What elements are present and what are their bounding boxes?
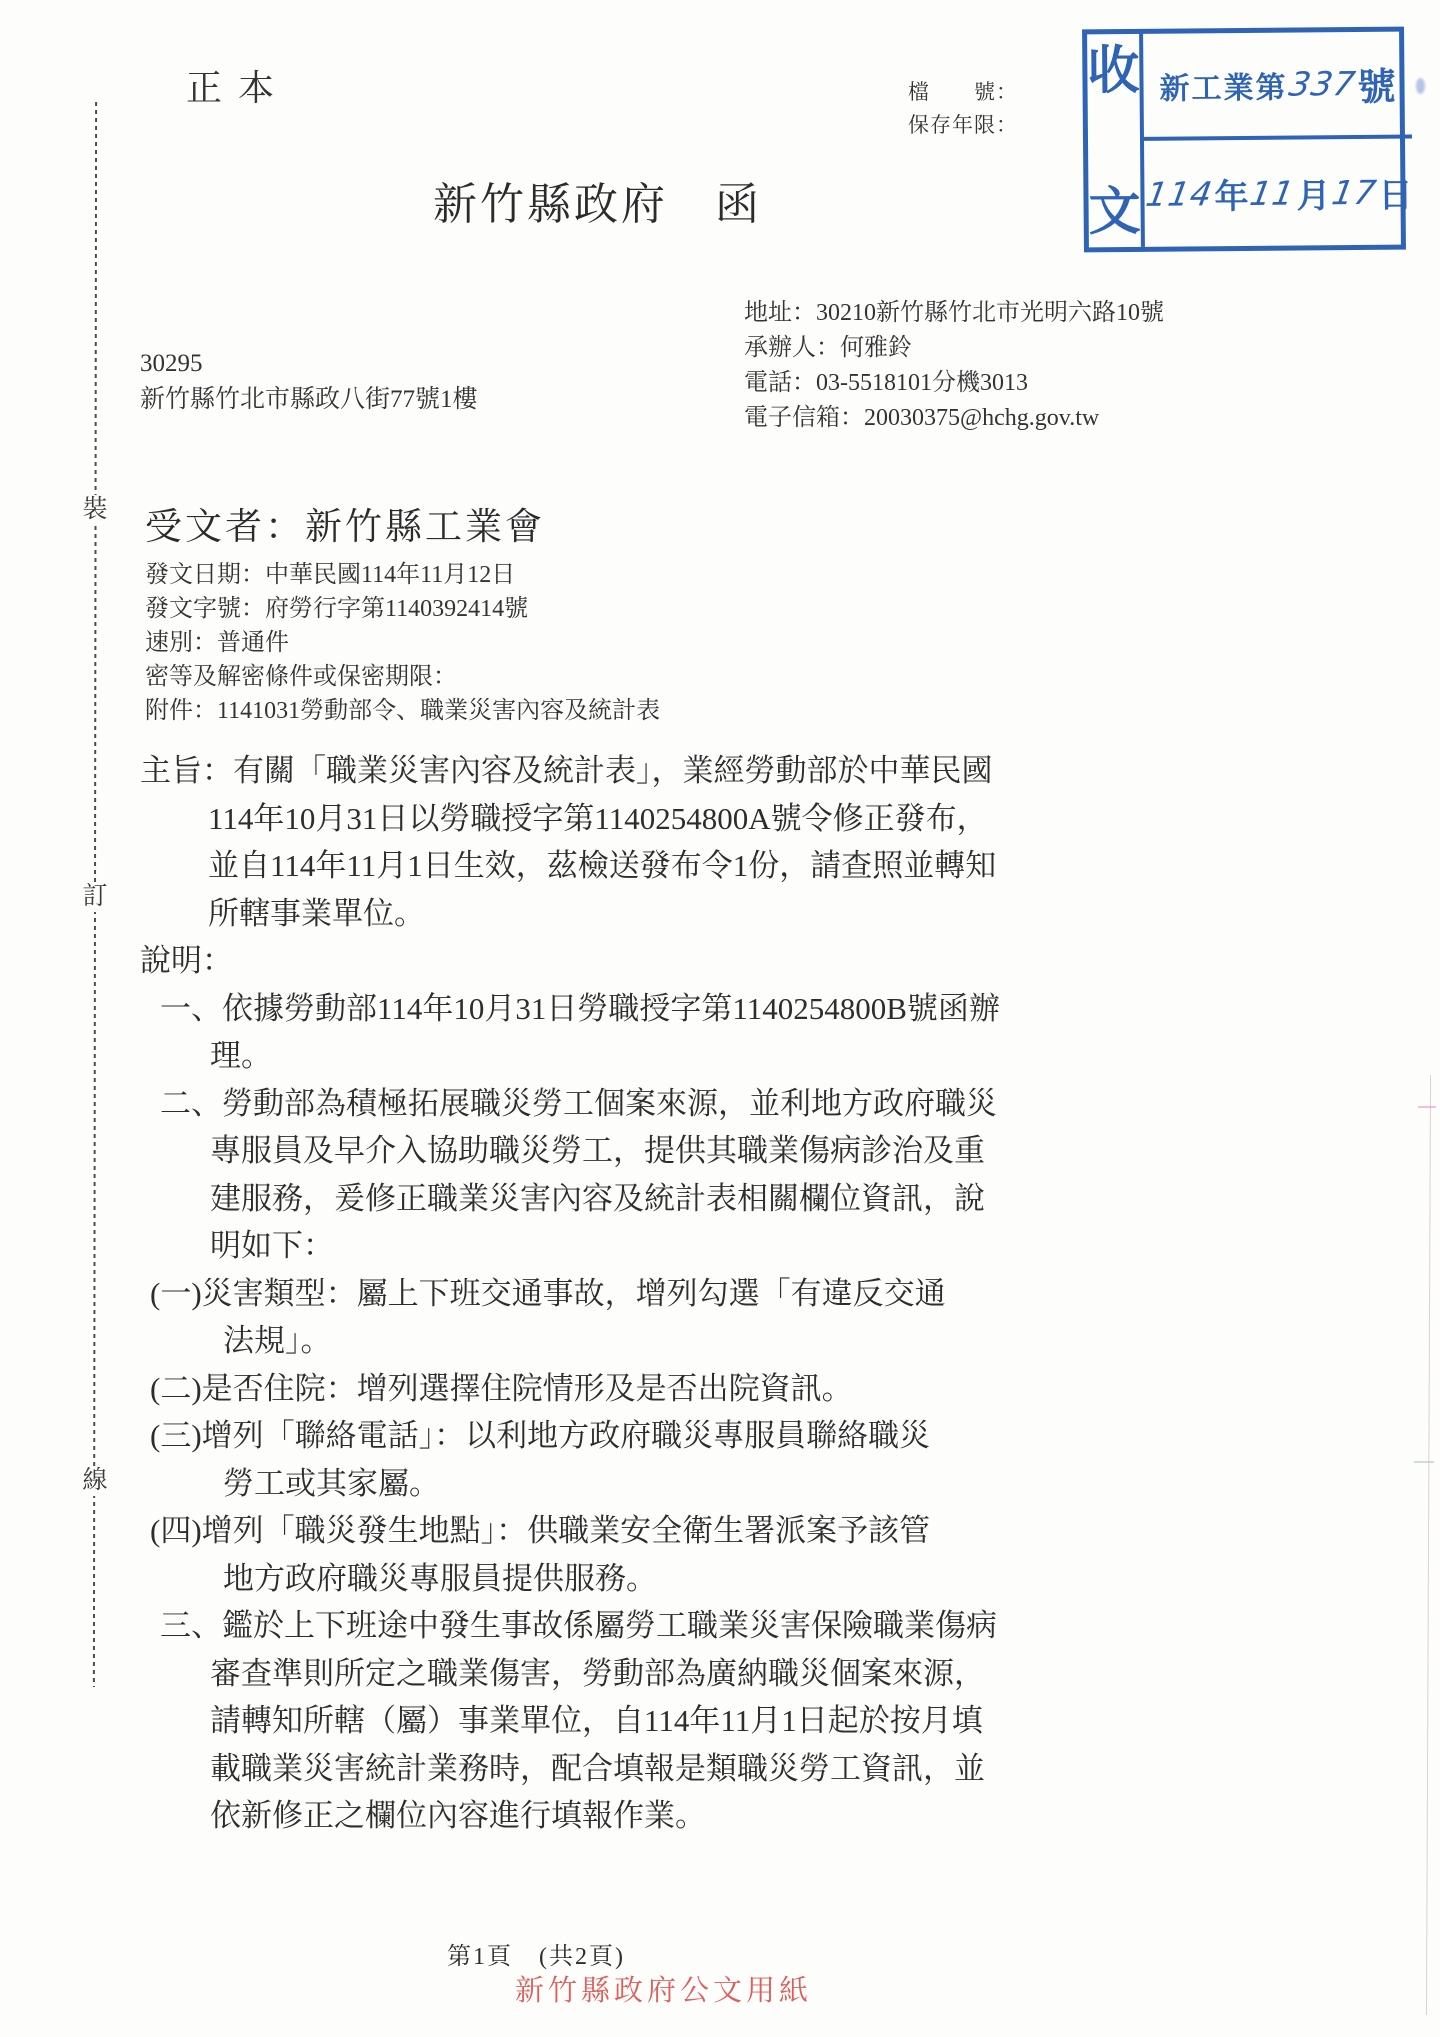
stamp-date-row: 114 年 11 月 17 日 bbox=[1144, 139, 1413, 247]
body-line: 地方政府職災專服員提供服務。 bbox=[223, 1555, 1410, 1603]
body-line: 載職業災害統計業務時，配合填報是類職災勞工資訊，並 bbox=[210, 1745, 1410, 1793]
binding-char-線: 線 bbox=[80, 1466, 110, 1496]
meta-line: 發文日期：中華民國114年11月12日 bbox=[145, 558, 660, 592]
body-line: (四)增列「職災發生地點」：供職業安全衛生署派案予該管 bbox=[150, 1507, 1410, 1555]
stamp-serial-number-handwritten: 337 bbox=[1284, 64, 1361, 104]
body-line: 專服員及早介入協助職災勞工，提供其職業傷病診治及重 bbox=[210, 1127, 1410, 1175]
receive-stamp: 收 文 新工業第 337 號 114 年 11 月 17 日 bbox=[1082, 27, 1406, 253]
stamp-ink-smudge bbox=[1416, 78, 1425, 94]
contact-line: 電子信箱：20030375@hchg.gov.tw bbox=[744, 401, 1164, 436]
stamp-serial-prefix: 新工業第 bbox=[1159, 62, 1287, 107]
receive-stamp-label: 收 文 bbox=[1087, 34, 1145, 247]
retention-period-label: 保存年限： bbox=[908, 109, 1018, 142]
body-line: 勞工或其家屬。 bbox=[223, 1460, 1410, 1508]
stamp-date-month-unit: 月 bbox=[1296, 168, 1330, 217]
binding-char-裝: 裝 bbox=[80, 495, 110, 525]
contact-line: 承辦人：何雅鈴 bbox=[744, 331, 1164, 366]
body-line: (三)增列「聯絡電話」：以利地方政府職災專服員聯絡職災 bbox=[150, 1412, 1410, 1460]
letter-body: 主旨：有關「職業災害內容及統計表」，業經勞動部於中華民國114年10月31日以勞… bbox=[140, 747, 1410, 1840]
recipient-line: 受文者：新竹縣工業會 bbox=[145, 496, 545, 550]
body-line: 所轄事業單位。 bbox=[208, 890, 1410, 938]
contact-line: 地址：30210新竹縣竹北市光明六路10號 bbox=[744, 296, 1164, 331]
document-meta-block: 發文日期：中華民國114年11月12日發文字號：府勞行字第1140392414號… bbox=[145, 558, 660, 728]
contact-line: 電話：03-5518101分機3013 bbox=[744, 366, 1164, 401]
body-line: 說明： bbox=[140, 937, 1410, 985]
page-number: 第1頁 (共2頁) bbox=[447, 1936, 625, 1971]
body-line: 理。 bbox=[210, 1032, 1410, 1080]
sender-address-block: 30295 新竹縣竹北市縣政八街77號1樓 bbox=[140, 346, 478, 418]
body-line: 並自114年11月1日生效，茲檢送發布令1份，請查照並轉知 bbox=[208, 842, 1410, 890]
contact-info-block: 地址：30210新竹縣竹北市光明六路10號承辦人：何雅鈴電話：03-551810… bbox=[744, 296, 1164, 436]
meta-line: 發文字號：府勞行字第1140392414號 bbox=[145, 592, 660, 626]
meta-line: 速別：普通件 bbox=[145, 626, 660, 660]
stamp-date-year-unit: 年 bbox=[1214, 168, 1248, 217]
binding-char-訂: 訂 bbox=[80, 882, 110, 912]
body-line: 法規」。 bbox=[223, 1317, 1410, 1365]
body-line: (一)災害類型：屬上下班交通事故，增列勾選「有違反交通 bbox=[150, 1270, 1410, 1318]
document-title: 新竹縣政府 函 bbox=[433, 168, 762, 232]
body-line: 主旨：有關「職業災害內容及統計表」，業經勞動部於中華民國 bbox=[140, 747, 1410, 795]
body-line: 審查準則所定之職業傷害，勞動部為廣納職災個案來源， bbox=[210, 1650, 1410, 1698]
stamp-date-day-unit: 日 bbox=[1378, 167, 1412, 216]
sender-address: 新竹縣竹北市縣政八街77號1樓 bbox=[140, 382, 478, 418]
stamp-serial-suffix: 號 bbox=[1357, 56, 1395, 111]
file-number-label: 檔 號： bbox=[908, 76, 1018, 109]
body-line: 114年10月31日以勞職授字第1140254800A號令修正發布， bbox=[208, 795, 1410, 843]
copy-type-label: 正本 bbox=[186, 60, 290, 111]
body-line: 明如下： bbox=[210, 1222, 1410, 1270]
stamp-date-day-handwritten: 17 bbox=[1327, 172, 1382, 211]
official-paper-label: 新竹縣政府公文用紙 bbox=[515, 1968, 812, 2009]
stamp-date-year-handwritten: 114 bbox=[1141, 174, 1218, 214]
file-number-block: 檔 號： 保存年限： bbox=[908, 76, 1018, 142]
body-line: (二)是否住院：增列選擇住院情形及是否出院資訊。 bbox=[150, 1365, 1410, 1413]
body-line: 二、勞動部為積極拓展職災勞工個案來源，並利地方政府職災 bbox=[160, 1080, 1410, 1128]
body-line: 一、依據勞動部114年10月31日勞職授字第1140254800B號函辦 bbox=[160, 985, 1410, 1033]
body-line: 依新修正之欄位內容進行填報作業。 bbox=[210, 1792, 1410, 1840]
meta-line: 附件：1141031勞動部令、職業災害內容及統計表 bbox=[145, 694, 660, 728]
body-line: 請轉知所轄（屬）事業單位，自114年11月1日起於按月填 bbox=[210, 1697, 1410, 1745]
stamp-char-document: 文 bbox=[1088, 187, 1140, 239]
sender-zip: 30295 bbox=[140, 346, 478, 382]
scan-edge-mark-green bbox=[1414, 1461, 1434, 1463]
stamp-date-month-handwritten: 11 bbox=[1245, 173, 1300, 212]
stamp-char-receive: 收 bbox=[1087, 46, 1139, 98]
scan-edge-line bbox=[1426, 1075, 1431, 2015]
meta-line: 密等及解密條件或保密期限： bbox=[145, 660, 660, 694]
body-line: 建服務，爰修正職業災害內容及統計表相關欄位資訊，說 bbox=[210, 1175, 1410, 1223]
scan-edge-mark-pink bbox=[1418, 1106, 1436, 1108]
stamp-serial-row: 新工業第 337 號 bbox=[1143, 32, 1412, 141]
body-line: 三、鑑於上下班途中發生事故係屬勞工職業災害保險職業傷病 bbox=[160, 1602, 1410, 1650]
